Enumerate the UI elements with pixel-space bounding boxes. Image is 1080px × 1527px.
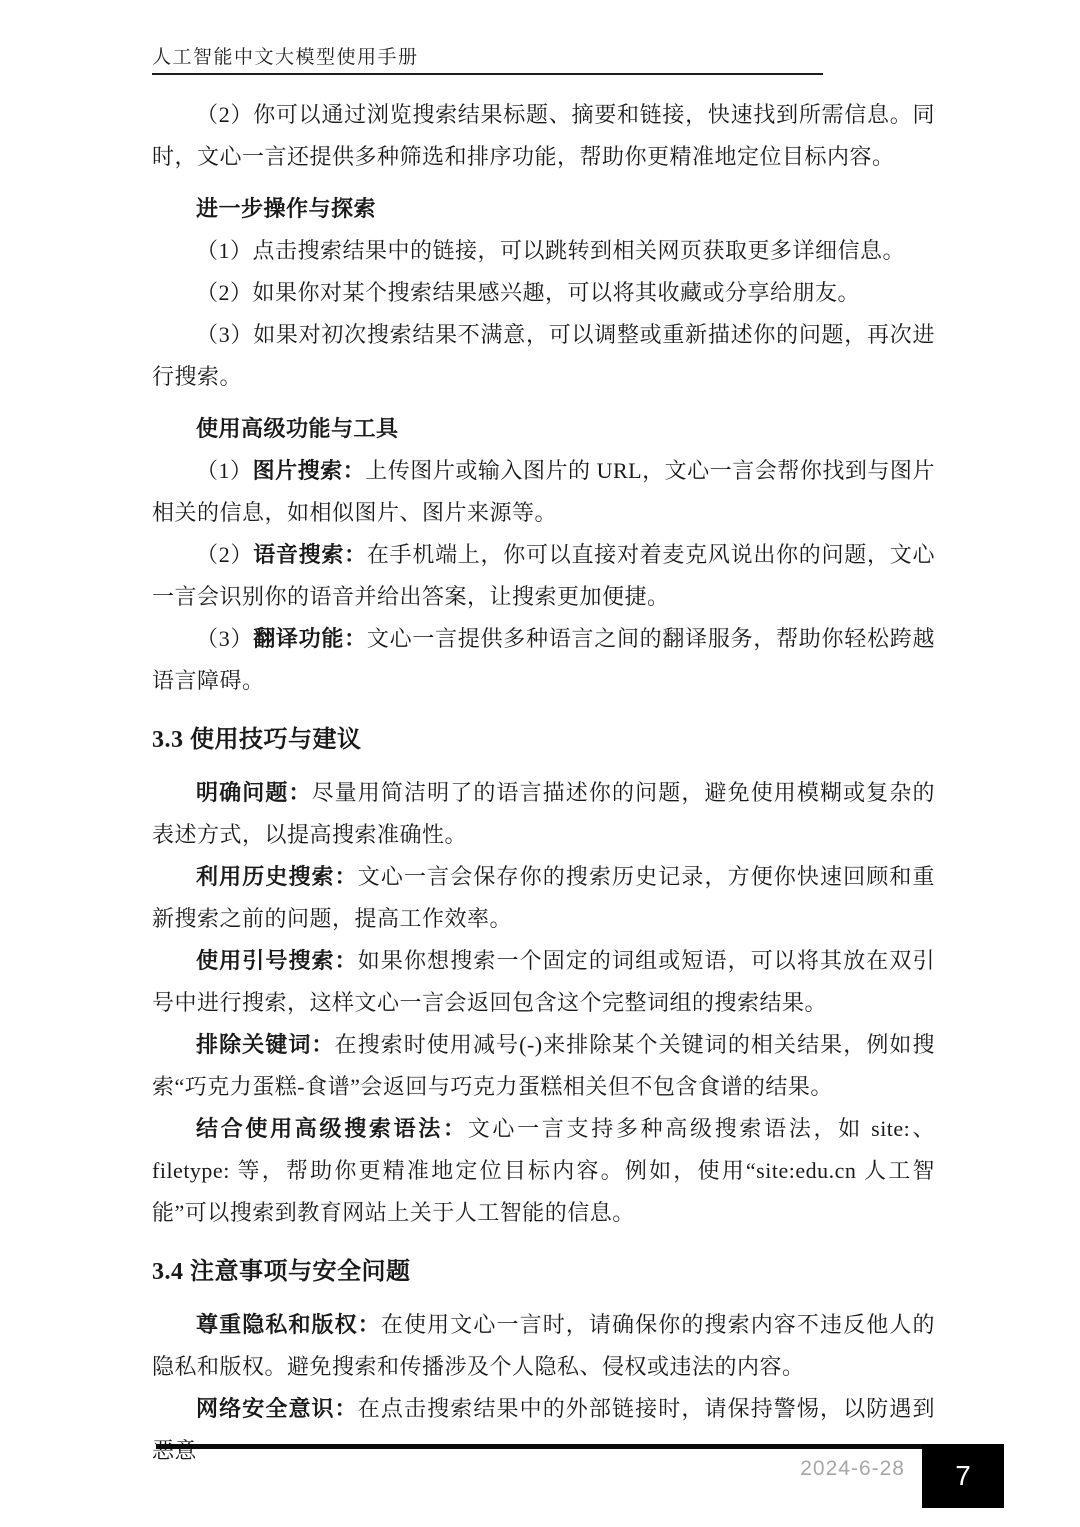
text-run: 3.4 注意事项与安全问题 xyxy=(152,1259,411,1285)
content: （2）你可以通过浏览搜索结果标题、摘要和链接，快速找到所需信息。同时，文心一言还… xyxy=(152,94,935,1472)
bold-lead: 排除关键词： xyxy=(196,1032,334,1057)
bold-lead: 网络安全意识： xyxy=(196,1396,358,1421)
paragraph: 使用引号搜索：如果你想搜索一个固定的词组或短语，可以将其放在双引号中进行搜索，这… xyxy=(152,940,935,1024)
text-run: （1）点击搜索结果中的链接，可以跳转到相关网页获取更多详细信息。 xyxy=(196,238,905,263)
sub-heading: 进一步操作与探索 xyxy=(152,188,935,230)
paragraph: 结合使用高级搜索语法：文心一言支持多种高级搜索语法，如 site:、filety… xyxy=(152,1108,935,1234)
page-header: 人工智能中文大模型使用手册 xyxy=(152,42,823,75)
section-heading: 3.4 注意事项与安全问题 xyxy=(152,1249,935,1295)
text-run: 进一步操作与探索 xyxy=(196,196,376,221)
bold-lead: 结合使用高级搜索语法： xyxy=(196,1116,468,1141)
paragraph: （2）语音搜索：在手机端上，你可以直接对着麦克风说出你的问题，文心一言会识别你的… xyxy=(152,534,935,618)
text-run: （2） xyxy=(196,542,253,567)
bold-lead: 尊重隐私和版权： xyxy=(196,1312,381,1337)
bold-lead: 利用历史搜索： xyxy=(196,864,358,889)
paragraph: （3）如果对初次搜索结果不满意，可以调整或重新描述你的问题，再次进行搜索。 xyxy=(152,314,935,398)
text-run: （2）你可以通过浏览搜索结果标题、摘要和链接，快速找到所需信息。同时，文心一言还… xyxy=(152,102,935,169)
paragraph: （1）点击搜索结果中的链接，可以跳转到相关网页获取更多详细信息。 xyxy=(152,230,935,272)
paragraph: 利用历史搜索：文心一言会保存你的搜索历史记录，方便你快速回顾和重新搜索之前的问题… xyxy=(152,856,935,940)
bold-lead: 图片搜索： xyxy=(253,458,366,483)
bold-lead: 翻译功能： xyxy=(253,626,367,651)
text-run: （3）如果对初次搜索结果不满意，可以调整或重新描述你的问题，再次进行搜索。 xyxy=(152,322,935,389)
bold-lead: 明确问题： xyxy=(196,780,312,805)
bold-lead: 使用引号搜索： xyxy=(196,948,358,973)
page-number-badge: 7 xyxy=(922,1444,1004,1508)
paragraph: （3）翻译功能：文心一言提供多种语言之间的翻译服务，帮助你轻松跨越语言障碍。 xyxy=(152,618,935,702)
text-run: 使用高级功能与工具 xyxy=(196,416,399,441)
paragraph: 明确问题：尽量用简洁明了的语言描述你的问题，避免使用模糊或复杂的表述方式，以提高… xyxy=(152,772,935,856)
page-number: 7 xyxy=(955,1460,971,1491)
text-run: （3） xyxy=(196,626,253,651)
paragraph: 尊重隐私和版权：在使用文心一言时，请确保你的搜索内容不违反他人的隐私和版权。避免… xyxy=(152,1304,935,1388)
bold-lead: 语音搜索： xyxy=(253,542,367,567)
sub-heading: 使用高级功能与工具 xyxy=(152,408,935,450)
text-run: （1） xyxy=(196,458,253,483)
text-run: （2）如果你对某个搜索结果感兴趣，可以将其收藏或分享给朋友。 xyxy=(196,280,860,305)
paragraph: （2）如果你对某个搜索结果感兴趣，可以将其收藏或分享给朋友。 xyxy=(152,272,935,314)
section-heading: 3.3 使用技巧与建议 xyxy=(152,717,935,763)
footer-rule xyxy=(156,1444,922,1449)
footer-date: 2024-6-28 xyxy=(0,1452,905,1486)
document-title: 人工智能中文大模型使用手册 xyxy=(152,47,419,68)
paragraph: 排除关键词：在搜索时使用减号(-)来排除某个关键词的相关结果，例如搜索“巧克力蛋… xyxy=(152,1024,935,1108)
text-run: 3.3 使用技巧与建议 xyxy=(152,727,362,753)
paragraph: （1）图片搜索：上传图片或输入图片的 URL，文心一言会帮你找到与图片相关的信息… xyxy=(152,450,935,534)
paragraph: （2）你可以通过浏览搜索结果标题、摘要和链接，快速找到所需信息。同时，文心一言还… xyxy=(152,94,935,178)
